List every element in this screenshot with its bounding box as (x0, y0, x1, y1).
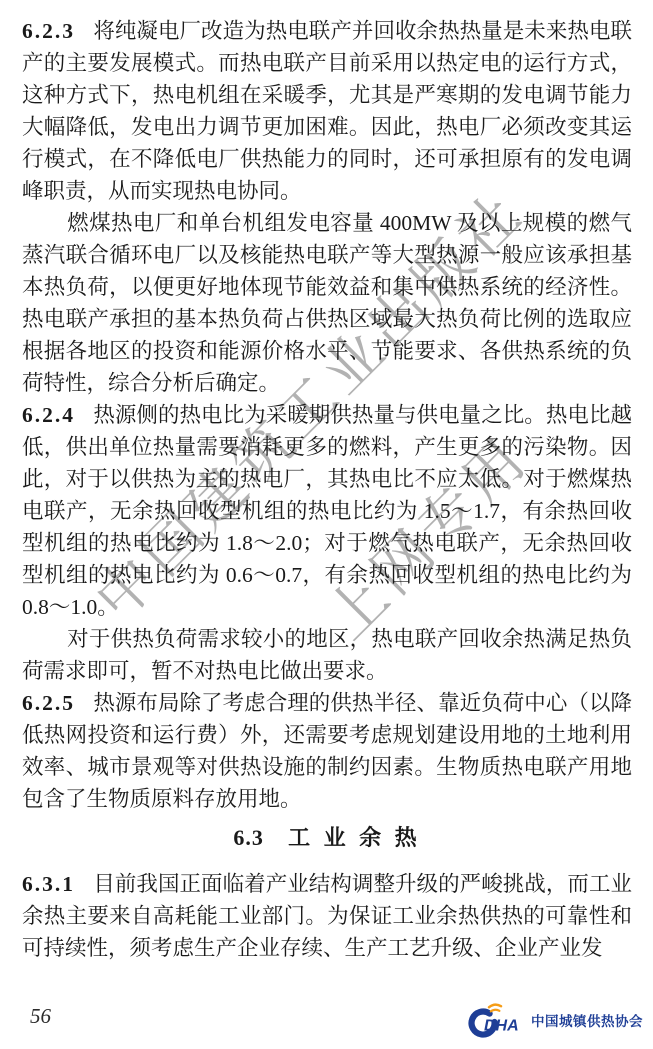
page-footer: 56 DHA 中国城镇供热协会 (0, 998, 653, 1042)
paragraph-small-demand: 对于供热负荷需求较小的地区，热电联产回收余热满足热负荷需求即可，暂不对热电比做出… (22, 623, 632, 687)
clause-number-6-3-1: 6.3.1 (22, 872, 75, 896)
paragraph-clause-6-3-1: 6.3.1目前我国正面临着产业结构调整升级的严峻挑战，而工业余热主要来自高耗能工… (22, 868, 632, 964)
clause-text-6-2-4: 热源侧的热电比为采暖期供热量与供电量之比。热电比越低，供出单位热量需要消耗更多的… (22, 403, 632, 619)
association-name: 中国城镇供热协会 (531, 1010, 643, 1030)
paragraph-clause-6-2-3: 6.2.3将纯凝电厂改造为热电联产并回收余热热量是未来热电联产的主要发展模式。而… (22, 15, 632, 207)
clause-text-6-2-5: 热源布局除了考虑合理的供热半径、靠近负荷中心（以降低热网投资和运行费）外，还需要… (22, 691, 632, 811)
section-heading-6-3: 6.3工 业 余 热 (22, 822, 632, 854)
clause-number-6-2-4: 6.2.4 (22, 403, 75, 427)
page-number: 56 (30, 1004, 51, 1029)
logo-signal-arc-inner (491, 1010, 500, 1012)
section-number: 6.3 (233, 825, 264, 850)
clause-number-6-2-5: 6.2.5 (22, 691, 75, 715)
document-content: 6.2.3将纯凝电厂改造为热电联产并回收余热热量是未来热电联产的主要发展模式。而… (22, 15, 632, 964)
logo-signal-arc-outer (489, 1005, 501, 1008)
clause-number-6-2-3: 6.2.3 (22, 19, 75, 43)
dha-logo-icon: DHA (468, 1002, 526, 1038)
clause-text-6-3-1: 目前我国正面临着产业结构调整升级的严峻挑战，而工业余热主要来自高耗能工业部门。为… (22, 872, 632, 960)
association-logo: DHA 中国城镇供热协会 (468, 1002, 643, 1038)
clause-text-6-2-3: 将纯凝电厂改造为热电联产并回收余热热量是未来热电联产的主要发展模式。而热电联产目… (22, 19, 632, 203)
logo-abbr-text: DHA (484, 1018, 519, 1035)
section-title: 工 业 余 热 (288, 825, 421, 850)
paragraph-clause-6-2-5: 6.2.5热源布局除了考虑合理的供热半径、靠近负荷中心（以降低热网投资和运行费）… (22, 687, 632, 815)
paragraph-coal-chp: 燃煤热电厂和单台机组发电容量 400MW 及以上规模的燃气蒸汽联合循环电厂以及核… (22, 207, 632, 399)
document-page: 中国建筑工业出版社 上网专用 6.2.3将纯凝电厂改造为热电联产并回收余热热量是… (0, 0, 653, 1049)
paragraph-clause-6-2-4: 6.2.4热源侧的热电比为采暖期供热量与供电量之比。热电比越低，供出单位热量需要… (22, 399, 632, 623)
